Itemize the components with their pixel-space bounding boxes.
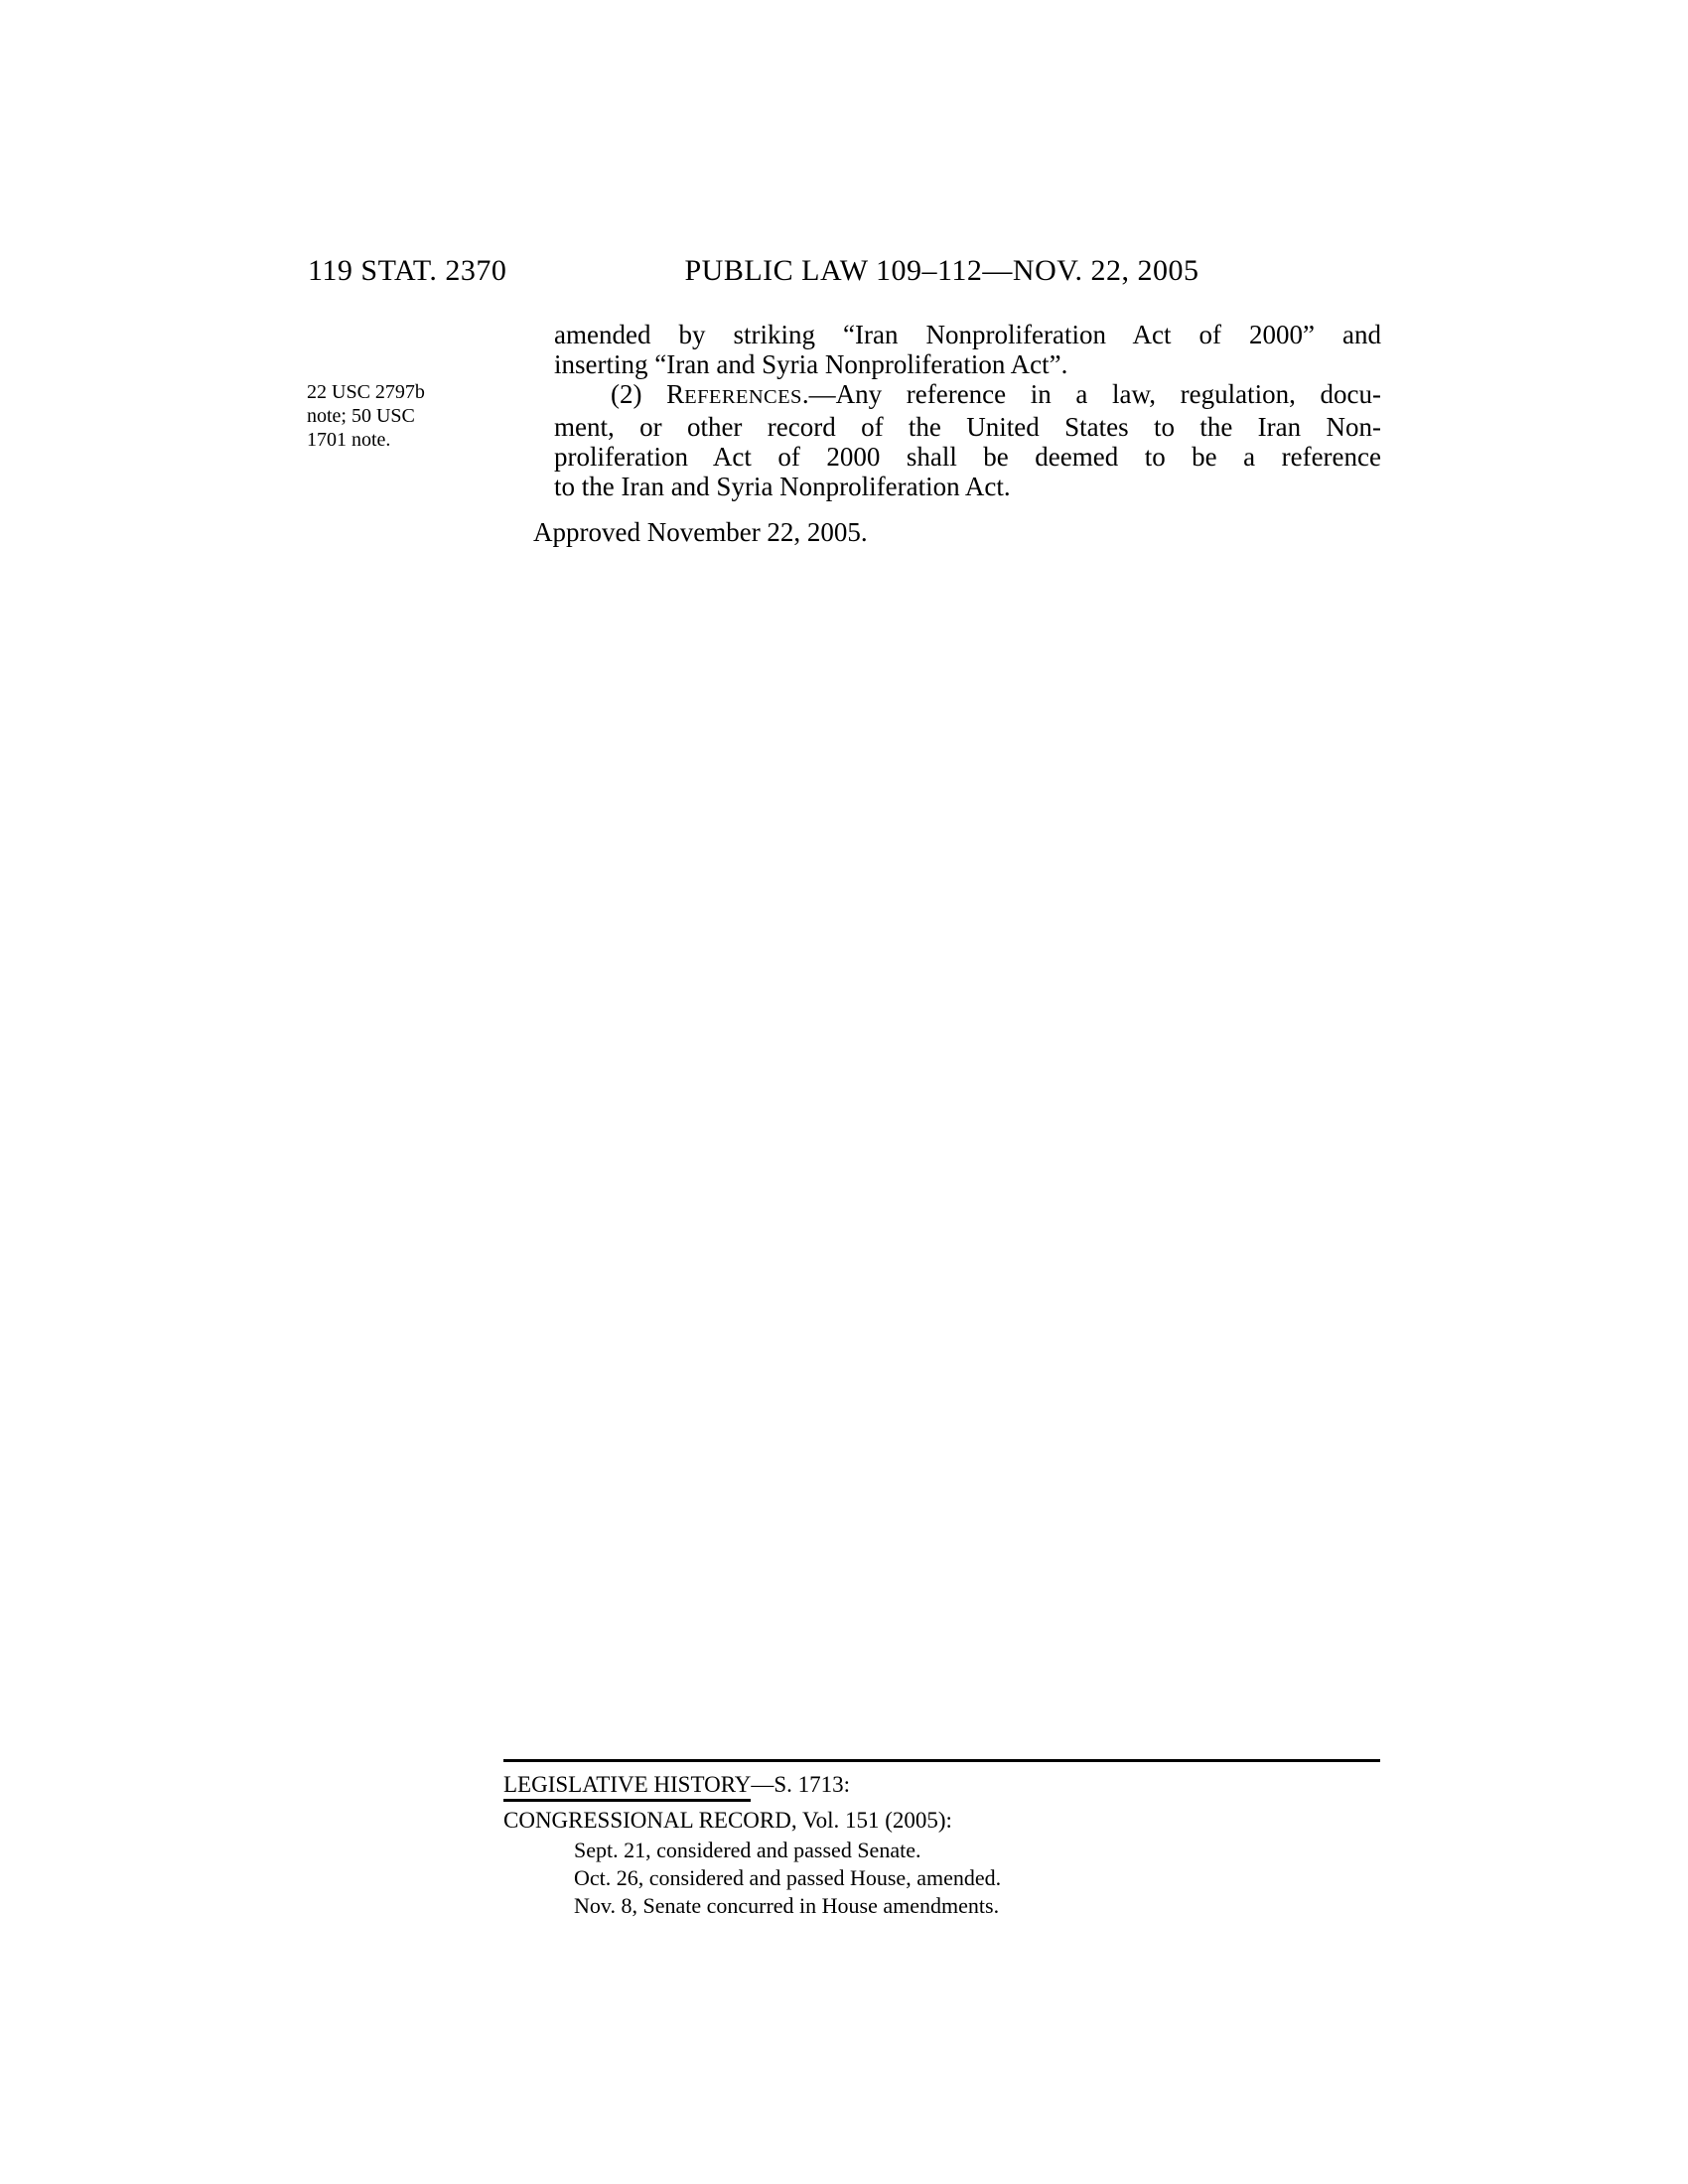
body-line: proliferation Act of 2000 shall be deeme… xyxy=(554,442,1381,472)
body-line-references: (2) REFERENCES.—Any reference in a law, … xyxy=(554,379,1381,412)
legislative-history-entry: Sept. 21, considered and passed Senate. xyxy=(574,1837,1001,1864)
public-law-header: PUBLIC LAW 109–112—NOV. 22, 2005 xyxy=(503,254,1380,288)
body-line: amended by striking “Iran Nonproliferati… xyxy=(554,320,1381,349)
margin-note-line: 22 USC 2797b xyxy=(307,380,525,404)
references-prefix: (2) R xyxy=(611,379,684,409)
body-line: ment, or other record of the United Stat… xyxy=(554,412,1381,442)
legislative-history-entries: Sept. 21, considered and passed Senate. … xyxy=(574,1837,1001,1920)
legislative-history-entry: Nov. 8, Senate concurred in House amendm… xyxy=(574,1892,1001,1920)
legislative-history-bill-number: —S. 1713: xyxy=(751,1772,850,1797)
references-smallcaps: EFERENCES xyxy=(684,386,802,408)
legislative-history-title-underlined: LEGISLATIVE HISTORY xyxy=(503,1772,751,1802)
usc-margin-note: 22 USC 2797b note; 50 USC 1701 note. xyxy=(307,380,525,452)
congressional-record-heading: CONGRESSIONAL RECORD, Vol. 151 (2005): xyxy=(503,1808,952,1834)
margin-note-line: 1701 note. xyxy=(307,428,525,452)
margin-note-line: note; 50 USC xyxy=(307,404,525,428)
legislative-history-rule xyxy=(503,1759,1380,1762)
body-line: inserting “Iran and Syria Nonproliferati… xyxy=(554,349,1381,379)
approved-date-line: Approved November 22, 2005. xyxy=(533,517,868,548)
stat-page-number: 119 STAT. 2370 xyxy=(308,254,506,288)
legislative-history-entry: Oct. 26, considered and passed House, am… xyxy=(574,1864,1001,1892)
document-page: 119 STAT. 2370 PUBLIC LAW 109–112—NOV. 2… xyxy=(0,0,1688,2184)
body-text: amended by striking “Iran Nonproliferati… xyxy=(554,320,1381,501)
references-rest: .—Any reference in a law, regulation, do… xyxy=(802,379,1381,409)
body-line: to the Iran and Syria Nonproliferation A… xyxy=(554,472,1381,501)
legislative-history-title: LEGISLATIVE HISTORY—S. 1713: xyxy=(503,1772,850,1798)
